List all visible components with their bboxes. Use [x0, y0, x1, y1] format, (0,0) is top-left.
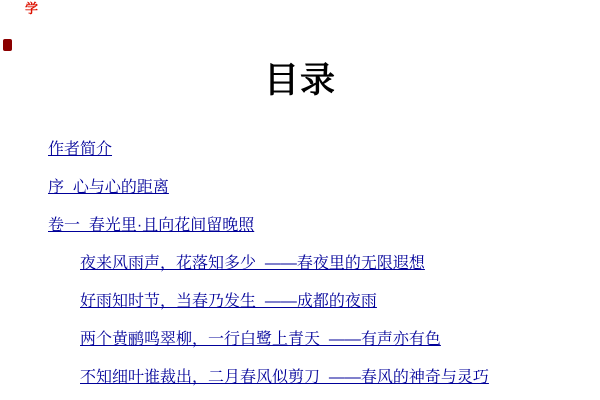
toc-link-author-intro[interactable]: 作者简介 [48, 142, 112, 158]
toc-link-chapter-2[interactable]: 好雨知时节，当春乃发生 ——成都的夜雨 [80, 294, 377, 310]
toc-link-chapter-3[interactable]: 两个黄鹂鸣翠柳，一行白鹭上青天 ——有声亦有色 [80, 332, 441, 348]
corner-watermark-glyph: 学 [25, 2, 38, 16]
toc-link-chapter-4[interactable]: 不知细叶谁裁出，二月春风似剪刀 ——春风的神奇与灵巧 [80, 370, 489, 386]
toc-link-volume-1[interactable]: 卷一 春光里·且向花间留晚照 [48, 218, 254, 234]
toc-link-preface[interactable]: 序 心与心的距离 [48, 180, 169, 196]
table-of-contents: 作者简介 序 心与心的距离 卷一 春光里·且向花间留晚照 夜来风雨声，花落知多少… [0, 142, 600, 386]
page-title: 目录 [0, 0, 600, 100]
toc-link-chapter-1[interactable]: 夜来风雨声，花落知多少 ——春夜里的无限遐想 [80, 256, 425, 272]
corner-watermark-box [3, 39, 12, 51]
